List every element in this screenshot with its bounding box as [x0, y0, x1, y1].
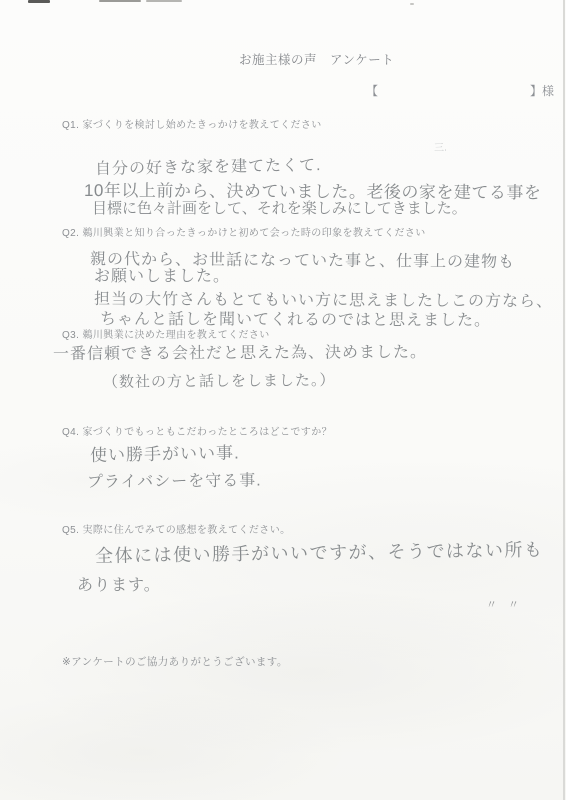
scanned-questionnaire-page: お施主様の声 アンケート 【 】様 Q1. 家づくりを検討し始めたきっかけを教え… [0, 0, 566, 800]
answer-q1-line3: 目標に色々計画をして、それを楽しみにしてきました。 [92, 197, 467, 218]
answer-q5-line2: あります。 [77, 572, 161, 595]
name-bracket-open: 【 [366, 82, 378, 99]
answer-q2-line2: お願いしました。 [94, 263, 230, 286]
question-label-q5: Q5. 実際に住んでみての感想を教えてください。 [62, 521, 291, 536]
answer-q4-line2: プライバシーを守る事. [87, 467, 262, 492]
answer-q5-line1: 全体には使い勝手がいいですが、そうではない所も [95, 536, 544, 568]
answer-q3-line2: （数社の方と話しをしました。） [103, 369, 336, 392]
scan-artifact-top-1 [28, 0, 50, 3]
answer-q1-line1: 自分の好きな家を建てたくて. [95, 152, 322, 179]
scan-artifact-dot [410, 3, 414, 5]
question-label-q2: Q2. 鵜川興業と知り合ったきっかけと初めて会った時の印象を教えてください [62, 224, 426, 239]
question-label-q4: Q4. 家づくりでもっともこだわったところはどこですか？ [62, 423, 332, 438]
faint-handwritten-mark: 三. [434, 139, 447, 154]
question-label-q3: Q3. 鵜川興業に決めた理由を教えてください [62, 326, 270, 341]
footer-note: ※アンケートのご協力ありがとうございます。 [62, 654, 288, 669]
ditto-marks: 〃 〃 [486, 596, 519, 612]
answer-q3-line1: 一番信頼できる会社だと思えた為、決めました。 [53, 339, 427, 364]
paper-edge-shadow [563, 0, 565, 800]
customer-name-field: 【 】様 [366, 82, 554, 99]
scan-artifact-top-2 [99, 0, 141, 2]
name-bracket-close: 】様 [530, 82, 554, 99]
answer-q4-line1: 使い勝手がいい事. [90, 438, 240, 466]
page-title: お施主様の声 アンケート [239, 50, 394, 68]
scan-artifact-top-3 [146, 0, 182, 2]
question-label-q1: Q1. 家づくりを検討し始めたきっかけを教えてください [62, 116, 322, 131]
